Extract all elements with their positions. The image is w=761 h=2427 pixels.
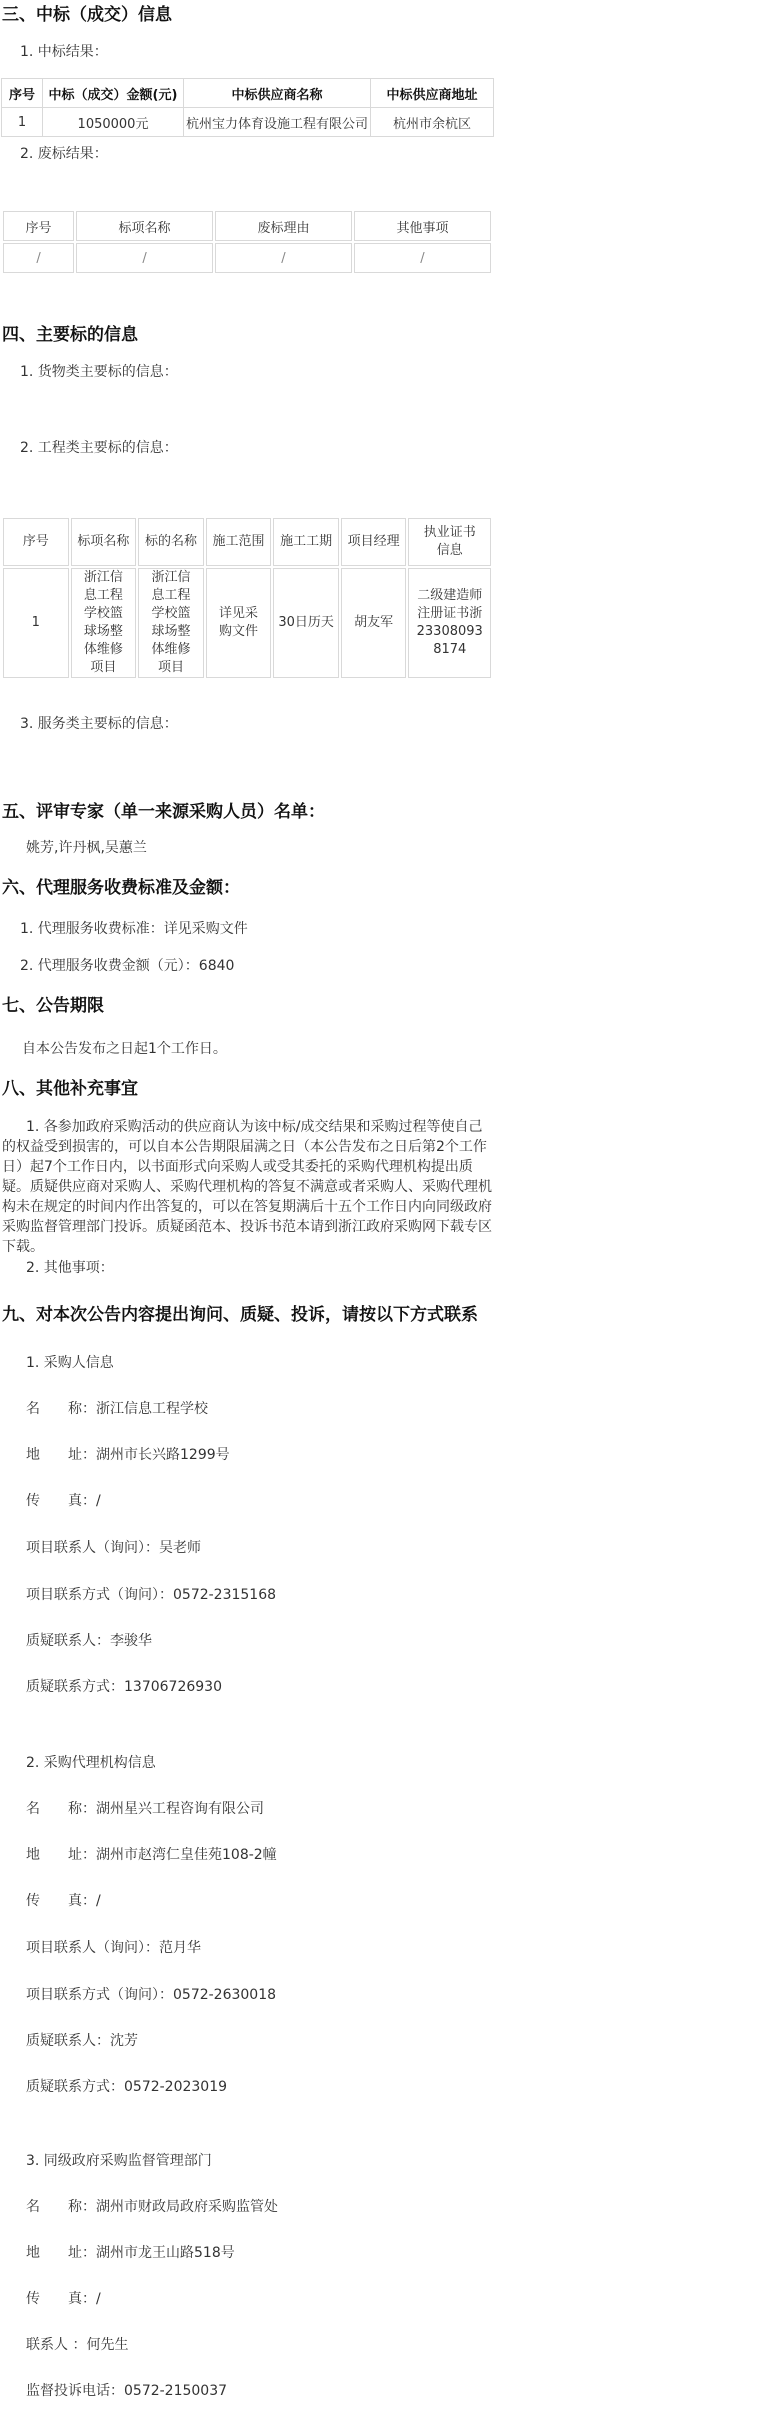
table-header: 标项名称	[76, 211, 213, 241]
table-cell: 1	[3, 568, 69, 678]
purchaser-fax: 传 真：/	[26, 1490, 101, 1510]
win-result-label: 1. 中标结果：	[20, 41, 108, 61]
service-info-label: 3. 服务类主要标的信息：	[20, 713, 178, 733]
table-cell: 详见采购文件	[206, 568, 272, 678]
table-header-row: 序号 标项名称 废标理由 其他事项	[3, 211, 491, 241]
table-header: 标的名称	[138, 518, 204, 566]
goods-info-label: 1. 货物类主要标的信息：	[20, 361, 178, 381]
table-cell: /	[76, 243, 213, 273]
table-header: 中标供应商名称	[184, 79, 371, 108]
table-header: 标项名称	[71, 518, 137, 566]
table-header-row: 序号 标项名称 标的名称 施工范围 施工工期 项目经理 执业证书信息	[3, 518, 491, 566]
agency-name: 名 称：湖州星兴工程咨询有限公司	[26, 1798, 264, 1818]
supervisor-fax: 传 真：/	[26, 2288, 101, 2308]
table-cell: /	[215, 243, 352, 273]
table-header: 施工范围	[206, 518, 272, 566]
section9-title: 九、对本次公告内容提出询问、质疑、投诉，请按以下方式联系	[2, 1300, 478, 1325]
section5-title: 五、评审专家（单一来源采购人员）名单：	[2, 797, 325, 822]
engineering-info-label: 2. 工程类主要标的信息：	[20, 437, 178, 457]
purchaser-name: 名 称：浙江信息工程学校	[26, 1398, 208, 1418]
other-matters: 2. 其他事项：	[26, 1257, 114, 1277]
table-row: 1 1050000元 杭州宝力体育设施工程有限公司 杭州市余杭区	[2, 108, 493, 136]
table-cell: /	[354, 243, 491, 273]
expert-names: 姚芳,许丹枫,吴蕙兰	[26, 837, 147, 857]
table-cell: 30日历天	[273, 568, 339, 678]
section7-title: 七、公告期限	[2, 991, 104, 1016]
table-cell: 二级建造师注册证书浙233080938174	[408, 568, 491, 678]
fee-standard: 1. 代理服务收费标准：详见采购文件	[20, 918, 248, 938]
supervisor-address: 地 址：湖州市龙王山路518号	[26, 2242, 235, 2262]
agency-question-phone: 质疑联系方式：0572-2023019	[26, 2076, 227, 2096]
table-header: 中标（成交）金额(元)	[43, 79, 184, 108]
section8-title: 八、其他补充事宜	[2, 1074, 138, 1099]
agency-contact: 项目联系人（询问）：范月华	[26, 1937, 201, 1957]
purchaser-question-contact: 质疑联系人：李骏华	[26, 1630, 152, 1650]
table-header: 中标供应商地址	[371, 79, 493, 108]
table-cell: 1	[2, 108, 43, 136]
table-header: 序号	[3, 211, 74, 241]
section6-title: 六、代理服务收费标准及金额：	[2, 873, 240, 898]
purchaser-phone: 项目联系方式（询问）：0572-2315168	[26, 1584, 276, 1604]
table-header: 施工工期	[273, 518, 339, 566]
supervisor-phone: 监督投诉电话：0572-2150037	[26, 2380, 227, 2400]
table-cell: 胡友军	[341, 568, 407, 678]
section4-title: 四、主要标的信息	[2, 320, 138, 345]
fee-amount: 2. 代理服务收费金额（元）：6840	[20, 955, 234, 975]
table-cell: 浙江信息工程学校篮球场整体维修项目	[71, 568, 137, 678]
table-cell: 1050000元	[43, 108, 184, 136]
complaint-paragraph: 1. 各参加政府采购活动的供应商认为该中标/成交结果和采购过程等使自己的权益受到…	[2, 1117, 492, 1257]
table-header: 执业证书信息	[408, 518, 491, 566]
table-row: / / / /	[3, 243, 491, 273]
supervisor-heading: 3. 同级政府采购监督管理部门	[26, 2150, 212, 2170]
table-header: 序号	[3, 518, 69, 566]
purchaser-heading: 1. 采购人信息	[26, 1352, 114, 1372]
table-cell: /	[3, 243, 74, 273]
section3-title: 三、中标（成交）信息	[2, 0, 172, 25]
table-cell: 浙江信息工程学校篮球场整体维修项目	[138, 568, 204, 678]
agency-phone: 项目联系方式（询问）：0572-2630018	[26, 1984, 276, 2004]
agency-question-contact: 质疑联系人：沈芳	[26, 2030, 138, 2050]
agency-address: 地 址：湖州市赵湾仁皇佳苑108-2幢	[26, 1844, 277, 1864]
table-header: 项目经理	[341, 518, 407, 566]
table-header-row: 序号 中标（成交）金额(元) 中标供应商名称 中标供应商地址	[2, 79, 493, 108]
table-cell: 杭州宝力体育设施工程有限公司	[184, 108, 371, 136]
notice-period: 自本公告发布之日起1个工作日。	[22, 1038, 227, 1058]
agency-heading: 2. 采购代理机构信息	[26, 1752, 156, 1772]
purchaser-contact: 项目联系人（询问）：吴老师	[26, 1537, 201, 1557]
purchaser-address: 地 址：湖州市长兴路1299号	[26, 1444, 230, 1464]
supervisor-name: 名 称：湖州市财政局政府采购监管处	[26, 2196, 278, 2216]
table-header: 序号	[2, 79, 43, 108]
fail-result-label: 2. 废标结果：	[20, 143, 108, 163]
agency-fax: 传 真：/	[26, 1890, 101, 1910]
table-header: 废标理由	[215, 211, 352, 241]
table-cell: 杭州市余杭区	[371, 108, 493, 136]
fail-result-table: 序号 标项名称 废标理由 其他事项 / / / /	[1, 209, 493, 275]
engineering-table: 序号 标项名称 标的名称 施工范围 施工工期 项目经理 执业证书信息 1 浙江信…	[1, 516, 493, 680]
supervisor-contact: 联系人 ：何先生	[26, 2334, 128, 2354]
table-row: 1 浙江信息工程学校篮球场整体维修项目 浙江信息工程学校篮球场整体维修项目 详见…	[3, 568, 491, 678]
table-header: 其他事项	[354, 211, 491, 241]
purchaser-question-phone: 质疑联系方式：13706726930	[26, 1676, 222, 1696]
win-result-table: 序号 中标（成交）金额(元) 中标供应商名称 中标供应商地址 1 1050000…	[1, 78, 494, 137]
